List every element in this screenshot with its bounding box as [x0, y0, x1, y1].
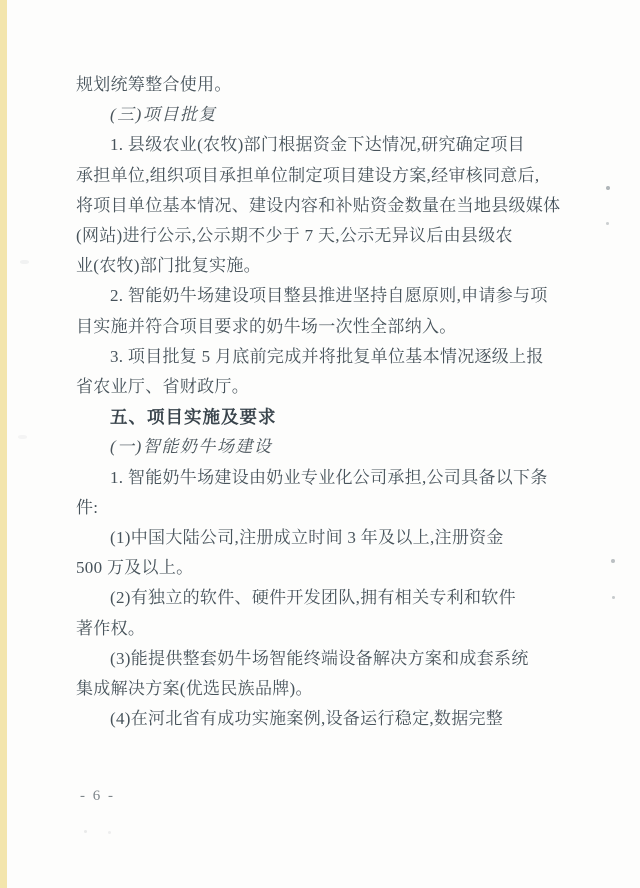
scan-speck — [108, 831, 111, 834]
scan-speck — [611, 559, 615, 563]
text-line: (2)有独立的软件、硬件开发团队,拥有相关专利和软件 — [76, 583, 570, 613]
section-heading-project-approval: (三)项目批复 — [76, 100, 570, 130]
text-line: 规划统筹整合使用。 — [76, 70, 570, 100]
scan-speck — [606, 186, 610, 190]
text-line: 集成解决方案(优选民族品牌)。 — [76, 674, 570, 704]
text-line: 1. 县级农业(农牧)部门根据资金下达情况,研究确定项目 — [76, 130, 570, 160]
text-line: 省农业厅、省财政厅。 — [76, 372, 570, 402]
text-line: 目实施并符合项目要求的奶牛场一次性全部纳入。 — [76, 312, 570, 342]
page-edge-strip — [0, 0, 7, 888]
text-line: (1)中国大陆公司,注册成立时间 3 年及以上,注册资金 — [76, 523, 570, 553]
text-line: 件: — [76, 493, 570, 523]
scan-smudge — [20, 260, 29, 264]
scan-smudge — [18, 435, 27, 439]
text-line: 3. 项目批复 5 月底前完成并将批复单位基本情况逐级上报 — [76, 342, 570, 372]
subsection-heading-smart-dairy-farm: (一)智能奶牛场建设 — [76, 432, 570, 462]
scan-speck — [612, 596, 615, 599]
scanned-document-page: 规划统筹整合使用。 (三)项目批复 1. 县级农业(农牧)部门根据资金下达情况,… — [0, 0, 640, 888]
text-line: 业(农牧)部门批复实施。 — [76, 251, 570, 281]
text-line: 1. 智能奶牛场建设由奶业专业化公司承担,公司具备以下条 — [76, 463, 570, 493]
scan-speck — [84, 830, 87, 833]
text-line: 将项目单位基本情况、建设内容和补贴资金数量在当地县级媒体 — [76, 191, 570, 221]
section-heading-implementation-requirements: 五、项目实施及要求 — [76, 402, 570, 432]
text-line: 2. 智能奶牛场建设项目整县推进坚持自愿原则,申请参与项 — [76, 281, 570, 311]
text-line: (3)能提供整套奶牛场智能终端设备解决方案和成套系统 — [76, 644, 570, 674]
page-number: - 6 - — [80, 786, 115, 806]
text-line: (4)在河北省有成功实施案例,设备运行稳定,数据完整 — [76, 704, 570, 734]
scan-speck — [606, 222, 609, 225]
document-body: 规划统筹整合使用。 (三)项目批复 1. 县级农业(农牧)部门根据资金下达情况,… — [76, 70, 570, 734]
text-line: (网站)进行公示,公示期不少于 7 天,公示无异议后由县级农 — [76, 221, 570, 251]
text-line: 承担单位,组织项目承担单位制定项目建设方案,经审核同意后, — [76, 161, 570, 191]
text-line: 500 万及以上。 — [76, 553, 570, 583]
text-line: 著作权。 — [76, 614, 570, 644]
